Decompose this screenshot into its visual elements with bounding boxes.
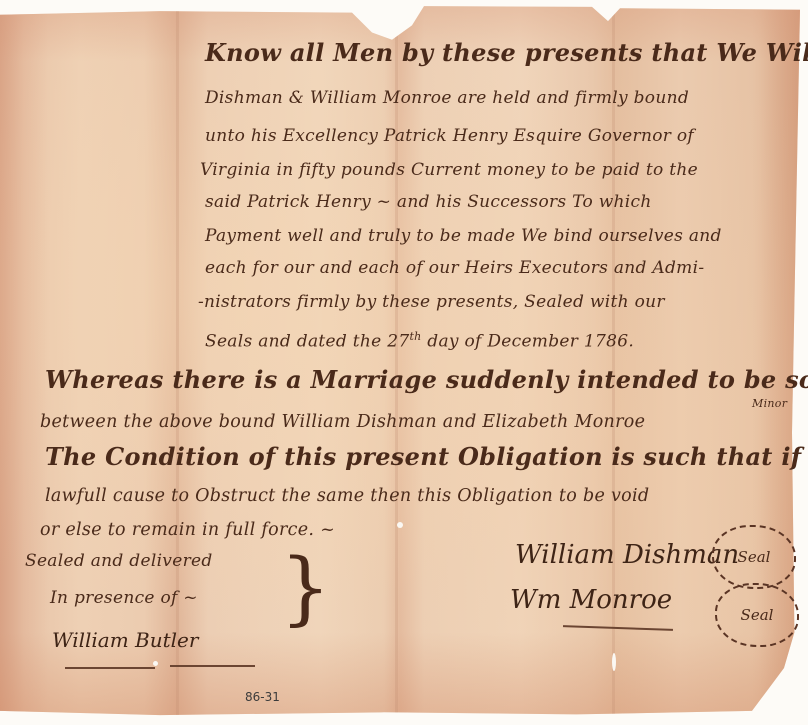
whereas-line: between the above bound William Dishman … — [40, 412, 645, 432]
date-month: December — [487, 332, 578, 352]
witness-signature: William Butler — [52, 628, 198, 652]
obligation-line: Dishman & William Monroe are held and fi… — [205, 88, 689, 108]
condition-line: or else to remain in full force. ~ — [40, 520, 335, 540]
whereas-line: Whereas there is a Marriage suddenly int… — [45, 365, 808, 394]
condition-line: The Condition of this present Obligation… — [45, 442, 808, 471]
signature-william-dishman: William Dishman — [515, 540, 739, 570]
signature-wm-monroe: Wm Monroe — [510, 585, 672, 615]
paper-tear — [612, 653, 616, 671]
obligation-line: each for our and each of our Heirs Execu… — [205, 258, 704, 278]
fold-crease — [395, 4, 398, 718]
signature-rule — [170, 665, 255, 667]
date-day: 27 — [387, 332, 409, 352]
wax-seal: Seal — [712, 525, 796, 589]
whereas-line-text: Whereas there is a Marriage suddenly int… — [45, 365, 808, 394]
brace-mark: } — [280, 548, 331, 628]
obligation-line: Know all Men by these presents that We W… — [205, 38, 808, 67]
signature-rule — [65, 667, 155, 669]
condition-line: lawfull cause to Obstruct the same then … — [45, 486, 649, 506]
obligation-line: said Patrick Henry ~ and his Successors … — [205, 192, 652, 212]
obligation-line: Virginia in fifty pounds Current money t… — [200, 160, 698, 180]
date-year: 1786 — [584, 332, 628, 352]
condition-line-text: The Condition of this present Obligation… — [45, 442, 808, 471]
obligation-line: unto his Excellency Patrick Henry Esquir… — [205, 126, 694, 146]
seal-label: Seal — [741, 606, 774, 624]
document-scan: Know all Men by these presents that We W… — [0, 0, 808, 725]
date-day-suffix: th — [409, 330, 421, 343]
paper-hole — [397, 522, 403, 528]
aged-paper — [0, 4, 800, 718]
fold-crease — [176, 4, 179, 718]
catalog-number: 86-31 — [245, 690, 280, 704]
wax-seal: Seal — [715, 583, 799, 647]
obligation-line-text: Know all Men by these presents that We W… — [205, 38, 808, 67]
obligation-dated-line: Seals and dated the 27th day of December… — [205, 330, 634, 352]
insertion-annotation: Minor — [752, 397, 787, 410]
sealed-delivered-text: Sealed and delivered — [25, 551, 213, 571]
paper-hole — [153, 661, 158, 666]
in-presence-text: In presence of ~ — [50, 588, 198, 608]
obligation-line: Payment well and truly to be made We bin… — [205, 226, 722, 246]
obligation-line: -nistrators firmly by these presents, Se… — [198, 292, 665, 312]
seal-label: Seal — [738, 548, 771, 566]
